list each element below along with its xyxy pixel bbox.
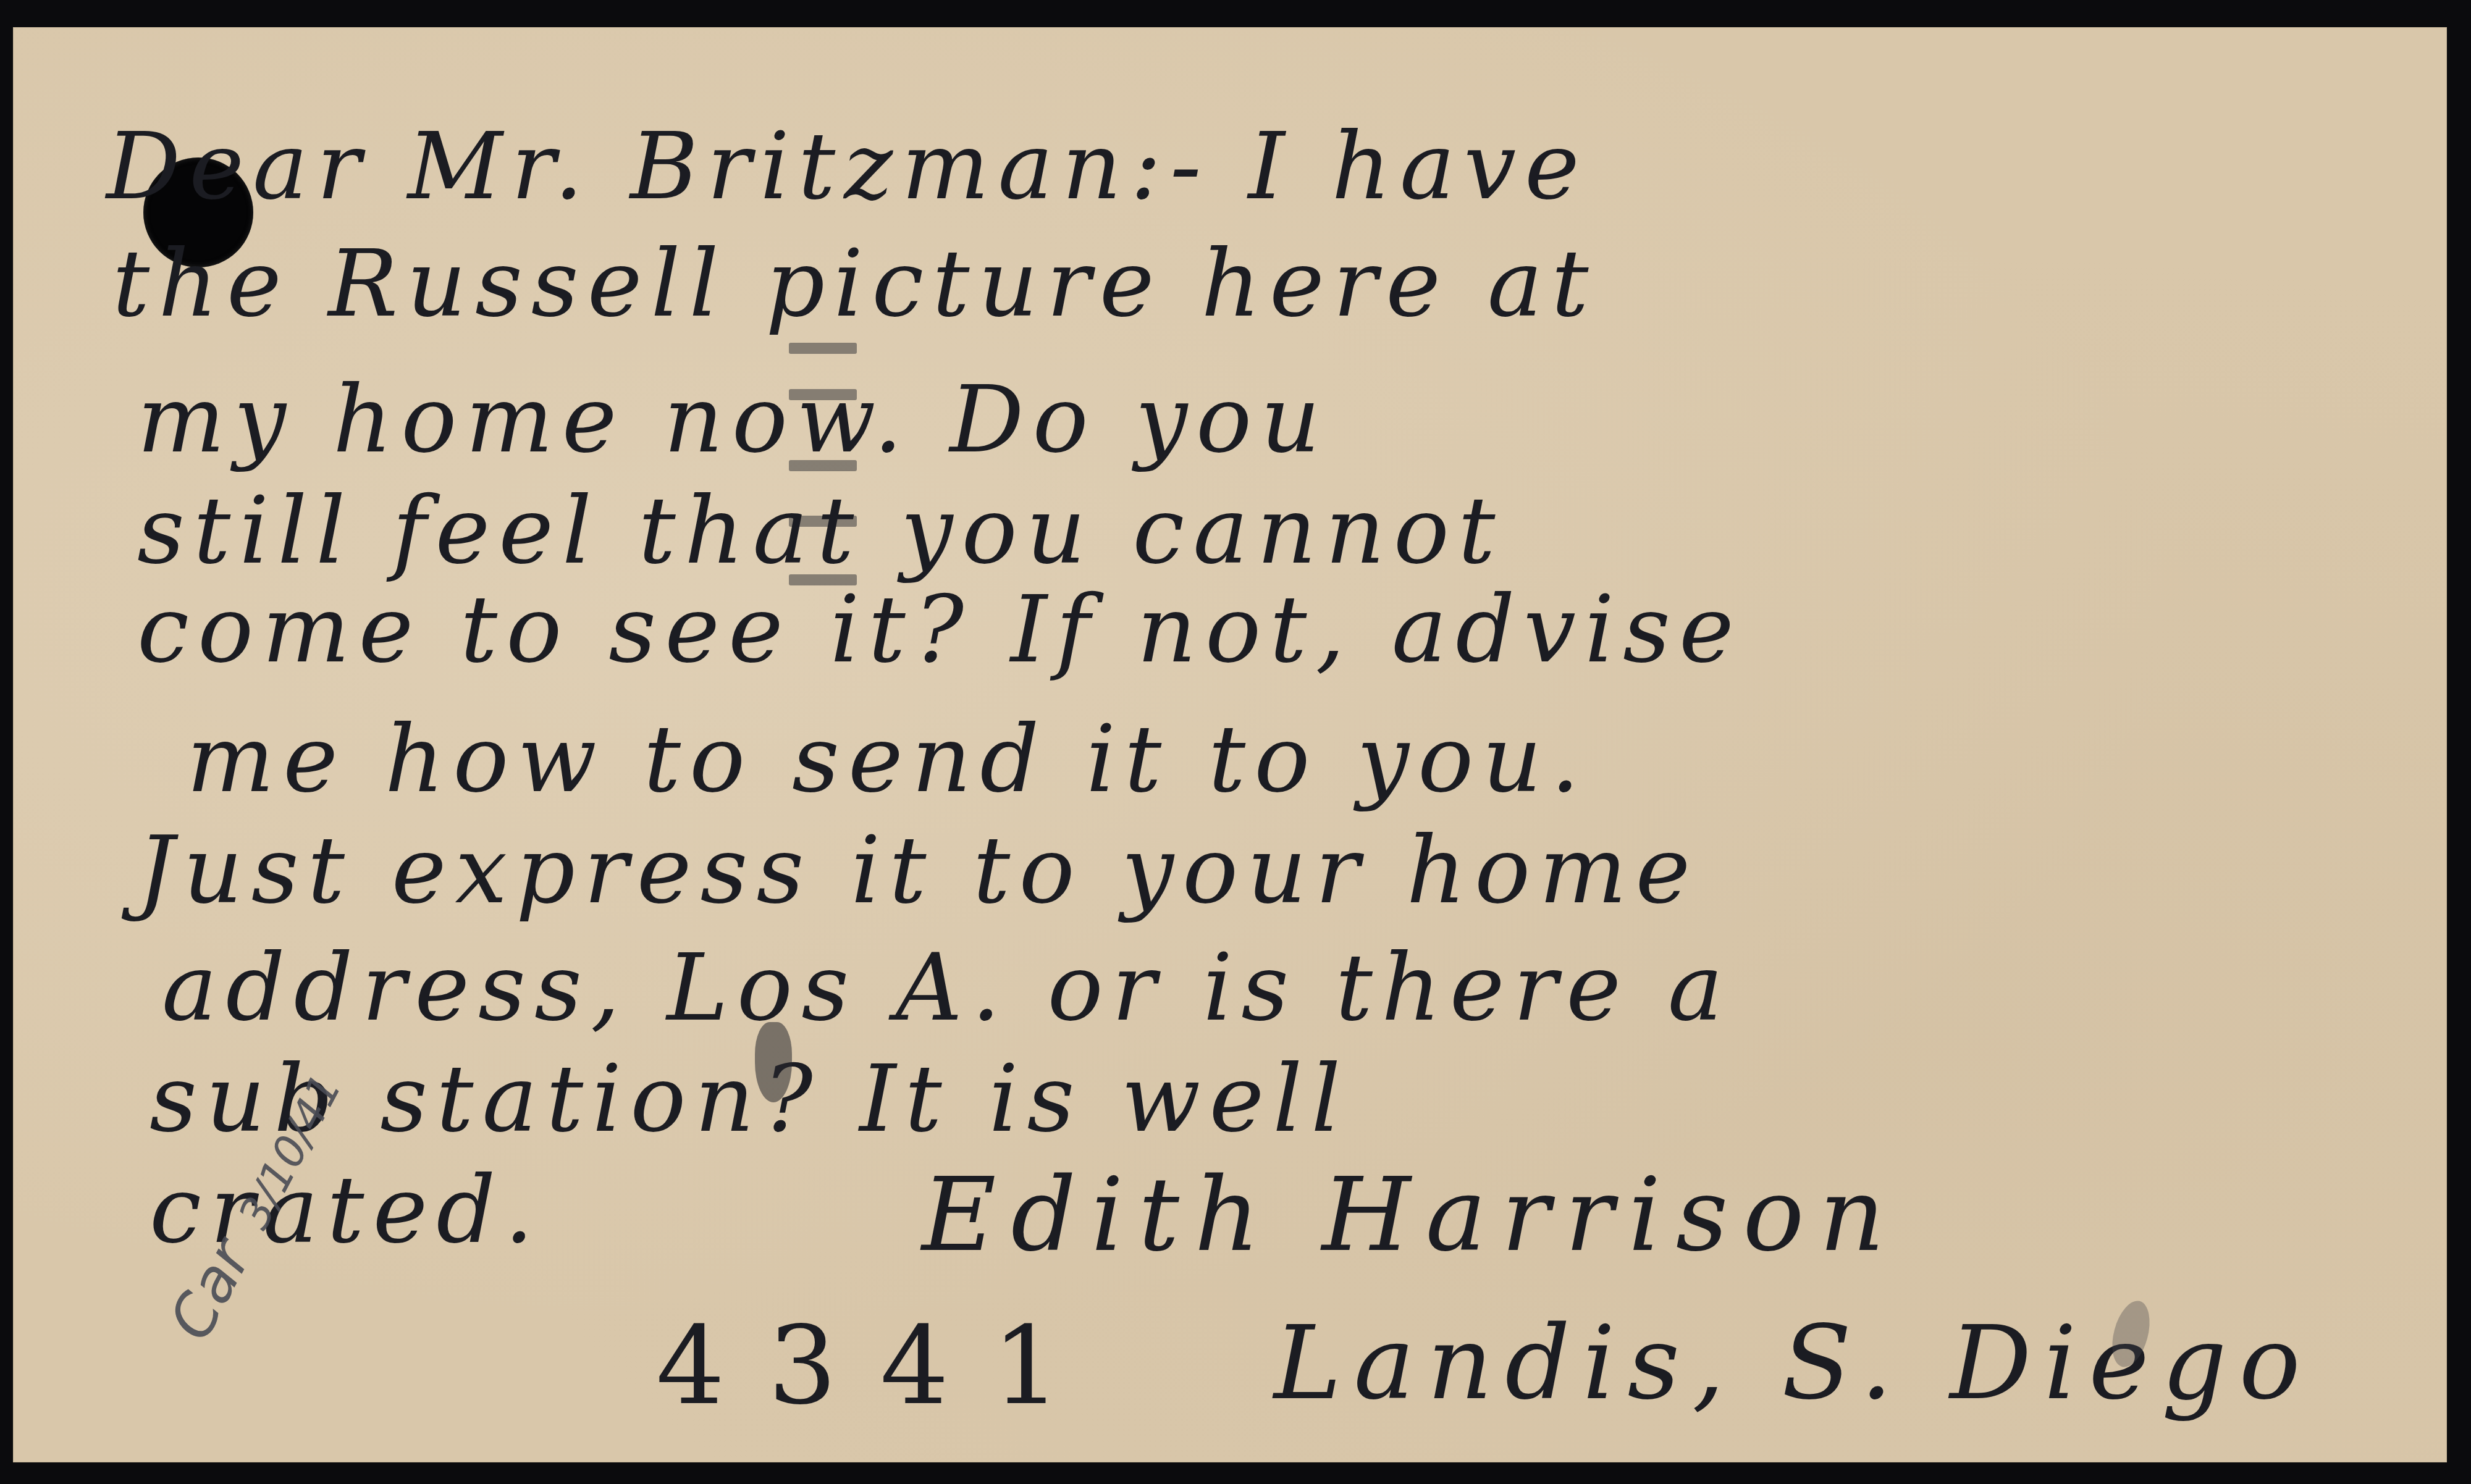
letter-line: Just express it to your home [137, 824, 1699, 917]
letter-line: still feel that you cannot [137, 485, 1504, 577]
letter-line: come to see it? If not, advise [137, 584, 1743, 676]
ink-blot [755, 1022, 792, 1102]
postcard: Dear Mr. Britzman:- I have the Russell p… [14, 28, 2446, 1462]
scan-background: Dear Mr. Britzman:- I have the Russell p… [0, 0, 2471, 1484]
ruler-mark [789, 343, 857, 354]
signature: Edith Harrison [922, 1164, 1900, 1266]
letter-line: me how to send it to you. [187, 713, 1589, 806]
address-number: 4341 [656, 1312, 1104, 1420]
letter-line-salutation: Dear Mr. Britzman:- I have [106, 120, 1588, 213]
address-street-city: Landis, S. Diego [1274, 1312, 2313, 1414]
letter-line: my home now. Do you [137, 374, 1329, 466]
letter-line: the Russell picture here at [112, 238, 1598, 330]
letter-line: address, Los A. or is there a [162, 942, 1732, 1034]
